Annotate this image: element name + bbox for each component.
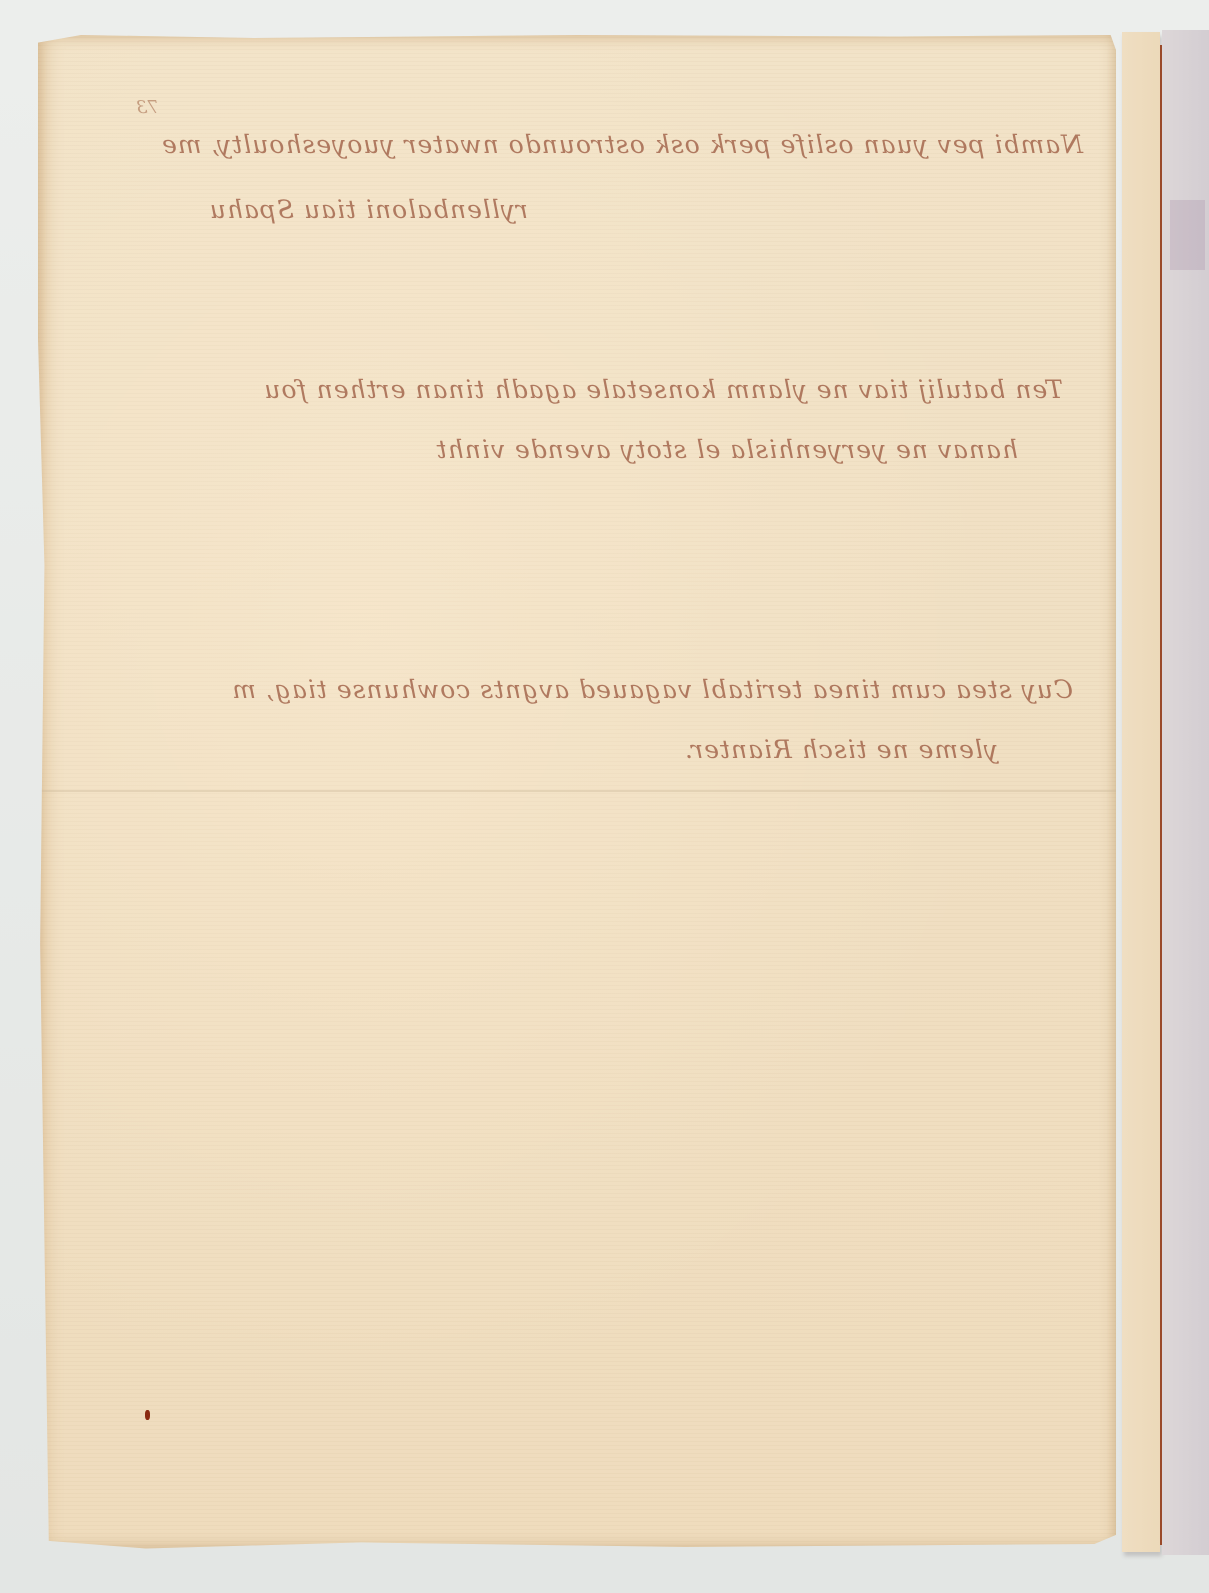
- mount-board: [1162, 30, 1209, 1555]
- manuscript-page: 73 Nambi pev yuan oslife perk osk ostrou…: [38, 35, 1116, 1550]
- paragraph-3-line-2: yleme ne tisch Rianter.: [598, 735, 998, 764]
- paragraph-2-line-1: Ten batulij tiav ne ylanm konsetale agad…: [63, 375, 1063, 404]
- paragraph-3-line-1: Cuy stea cum tinea teritabl vagaued avgn…: [73, 675, 1073, 704]
- paragraph-1-line-2: ryllenbaloni tiau Spahu: [228, 195, 528, 224]
- paragraph-2-line-2: hanav ne yeryenhisla el stoty avende vin…: [298, 435, 1018, 464]
- ink-spot: [145, 1410, 150, 1420]
- page-number: 73: [136, 97, 159, 118]
- paragraph-1-line-1: Nambi pev yuan oslife perk osk ostroundo…: [83, 130, 1083, 159]
- fold-crease: [38, 790, 1116, 792]
- binding-stub: [1122, 32, 1160, 1552]
